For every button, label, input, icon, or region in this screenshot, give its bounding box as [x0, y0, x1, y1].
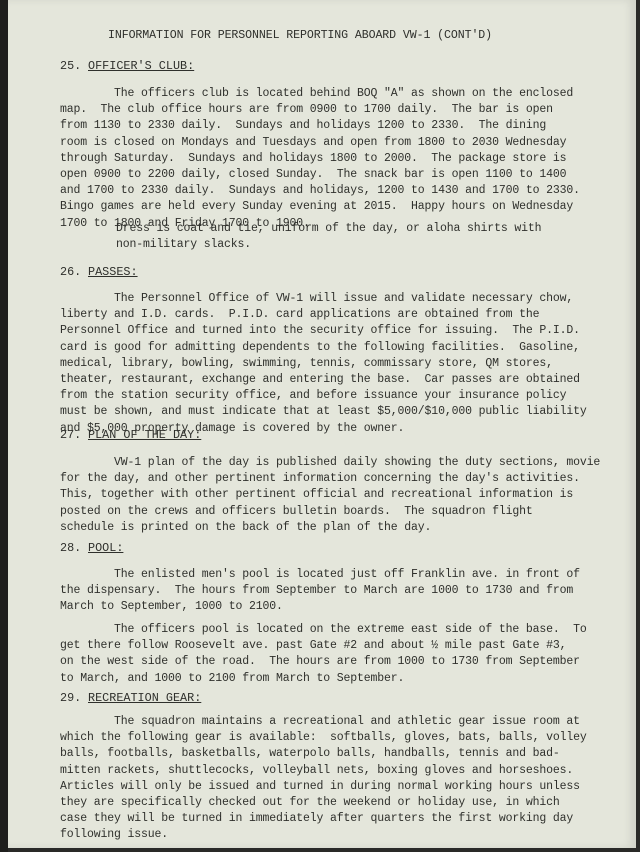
paragraph: The officers club is located behind BOQ … — [60, 86, 600, 232]
paragraph: The squadron maintains a recreational an… — [60, 714, 600, 844]
section-title: RECREATION GEAR: — [88, 691, 201, 705]
section-title: PLAN OF THE DAY: — [88, 428, 201, 442]
paragraph-officers-pool: The officers pool is located on the extr… — [60, 622, 600, 687]
section-number: 29. — [60, 691, 88, 705]
scan-edge — [0, 0, 8, 852]
section-heading: 28.POOL: — [60, 541, 600, 555]
paragraph: VW-1 plan of the day is published daily … — [60, 455, 600, 536]
section-recreation-gear: 29.RECREATION GEAR: — [60, 691, 600, 705]
section-plan-of-the-day: 27.PLAN OF THE DAY: — [60, 428, 600, 442]
section-number: 25. — [60, 59, 88, 73]
section-passes: 26.PASSES: — [60, 265, 600, 279]
section-officers-club: 25.OFFICER'S CLUB: — [60, 59, 600, 73]
section-heading: 25.OFFICER'S CLUB: — [60, 59, 600, 73]
section-title: OFFICER'S CLUB: — [88, 59, 194, 73]
section-heading: 26.PASSES: — [60, 265, 600, 279]
paragraph: The Personnel Office of VW-1 will issue … — [60, 291, 600, 437]
paragraph-enlisted-pool: The enlisted men's pool is located just … — [60, 567, 600, 616]
section-heading: 29.RECREATION GEAR: — [60, 691, 600, 705]
section-heading: 27.PLAN OF THE DAY: — [60, 428, 600, 442]
section-number: 27. — [60, 428, 88, 442]
document-title: INFORMATION FOR PERSONNEL REPORTING ABOA… — [108, 29, 528, 42]
section-title: POOL: — [88, 541, 123, 555]
section-pool: 28.POOL: — [60, 541, 600, 555]
section-number: 26. — [60, 265, 88, 279]
document-page: INFORMATION FOR PERSONNEL REPORTING ABOA… — [8, 0, 636, 848]
paragraph-dress-code: Dress is coat and tie, uniform of the da… — [116, 221, 640, 253]
section-number: 28. — [60, 541, 88, 555]
section-title: PASSES: — [88, 265, 138, 279]
